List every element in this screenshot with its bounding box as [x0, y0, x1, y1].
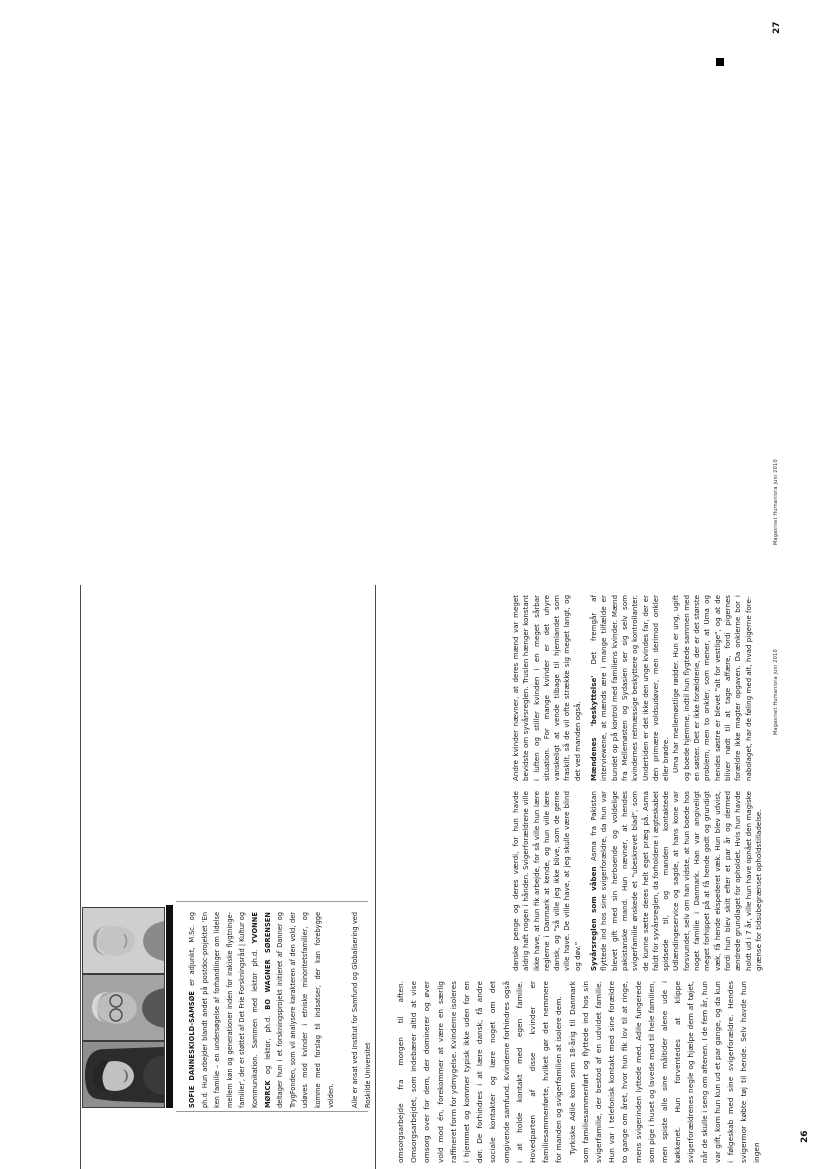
portrait-woman-dark-hair-photo: [82, 1041, 165, 1108]
article-column-3: Andre kvinder nævner, at deres mænd var …: [511, 595, 754, 781]
article-column-1: omsorgsarbejde fra morgen til aften. Oms…: [394, 981, 764, 1163]
author-name: BO WAGNER SØRENSEN: [264, 912, 272, 1010]
bio-text: er adjunkt, M.Sc. og ph.d. Hun arbejder …: [188, 912, 259, 1108]
article-paragraph: Andre kvinder nævner, at deres mænd var …: [511, 595, 583, 781]
authors-affiliation: Alle er ansat ved Institut for Samfund o…: [349, 912, 374, 1108]
bio-text: og lektor, ph.d.: [264, 1010, 272, 1074]
portrait-man-photo: [82, 907, 165, 974]
section-rule: [375, 585, 376, 1169]
portrait-older-man-glasses-photo: [82, 974, 165, 1041]
bio-text: deltager hun i et forskningsprojekt init…: [276, 912, 334, 1108]
page-number-27: 27: [772, 21, 782, 34]
author-name: SOFIE DANNESKIOLD-SAMSØE: [188, 986, 196, 1108]
run-in-heading: Mændenes 'beskyttelse': [589, 664, 598, 781]
header-rule: [80, 585, 81, 1169]
bio-left-rule: [176, 1111, 368, 1112]
end-of-article-marker: [716, 58, 724, 66]
page-27: tager sig: hvad de har på, hvem de snakk…: [0, 0, 827, 584]
run-in-heading: Syvårsreglen som våben: [589, 861, 598, 971]
article-paragraph: Tyrkiske Adile kom som 18-årig til Danma…: [566, 981, 764, 1163]
magazine-spread: SOFIE DANNESKIOLD-SAMSØE er adjunkt, M.S…: [0, 0, 827, 1169]
article-paragraph: Mændenes 'beskyttelse' Det fremgår af in…: [589, 595, 671, 781]
page-26: SOFIE DANNESKIOLD-SAMSØE er adjunkt, M.S…: [0, 585, 827, 1169]
authors-bio: SOFIE DANNESKIOLD-SAMSØE er adjunkt, M.S…: [186, 912, 381, 1108]
bio-paragraph: SOFIE DANNESKIOLD-SAMSØE er adjunkt, M.S…: [186, 912, 337, 1108]
article-paragraph: danske penge og deres værdi, for hun hav…: [511, 791, 583, 971]
bio-right-rule: [176, 901, 368, 902]
footer-left: Magasinet Humaniora juni 2010: [773, 649, 779, 735]
author-photos: [82, 907, 165, 1108]
article-column-2: danske penge og deres værdi, for hun hav…: [511, 791, 764, 971]
article-paragraph: Uma har mellemøstlige rødder. Hun er ung…: [671, 595, 753, 781]
article-paragraph: omsorgsarbejde fra morgen til aften. Oms…: [394, 981, 566, 1163]
photo-underline-bar: [166, 905, 173, 1108]
page-number-26: 26: [800, 1130, 810, 1143]
footer-right: Magasinet Humaniora juni 2010: [773, 459, 779, 545]
article-paragraph: Syvårsreglen som våben Asma fra Pakistan…: [589, 791, 764, 971]
